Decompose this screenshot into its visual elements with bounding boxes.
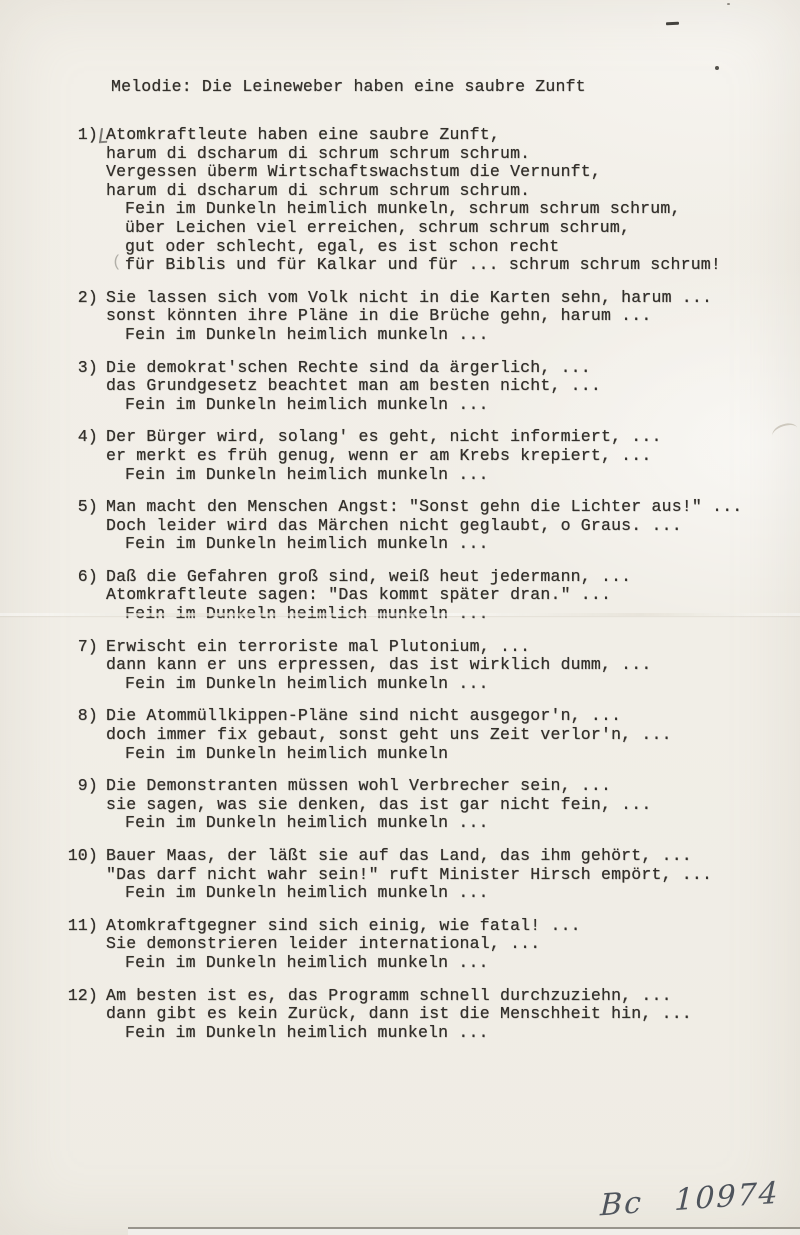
verse-lines: Atomkraftgegner sind sich einig, wie fat…: [106, 917, 742, 973]
refrain-line: Fein im Dunkeln heimlich munkeln ...: [106, 814, 742, 833]
paper-bottom-strip: [128, 1229, 800, 1235]
refrain-line: Fein im Dunkeln heimlich munkeln ...: [106, 884, 742, 903]
verse: 1)Atomkraftleute haben eine saubre Zunft…: [64, 126, 742, 275]
refrain-line: für Biblis und für Kalkar und für ... sc…: [106, 256, 742, 275]
verse-line: Man macht den Menschen Angst: "Sonst geh…: [106, 498, 742, 517]
refrain-line: Fein im Dunkeln heimlich munkeln ...: [106, 1024, 742, 1043]
song-sheet-page: Melodie: Die Leineweber haben eine saubr…: [0, 0, 800, 1235]
verse-line: Atomkraftgegner sind sich einig, wie fat…: [106, 917, 742, 936]
verse-line: dann gibt es kein Zurück, dann ist die M…: [106, 1005, 742, 1024]
ink-dash-mark: [666, 22, 679, 26]
verse-lines: Sie lassen sich vom Volk nicht in die Ka…: [106, 289, 742, 345]
verse-line: Sie demonstrieren leider international, …: [106, 935, 742, 954]
verse-line: er merkt es früh genug, wenn er am Krebs…: [106, 447, 742, 466]
verse: 2)Sie lassen sich vom Volk nicht in die …: [64, 289, 742, 345]
verse-line: Atomkraftleute sagen: "Das kommt später …: [106, 586, 742, 605]
edge-crease-mark: [770, 420, 800, 443]
verse: 4)Der Bürger wird, solang' es geht, nich…: [64, 428, 742, 484]
verse-lines: Erwischt ein terroriste mal Plutonium, .…: [106, 638, 742, 694]
verse-line: Die Demonstranten müssen wohl Verbrecher…: [106, 777, 742, 796]
verse-line: Daß die Gefahren groß sind, weiß heut je…: [106, 568, 742, 587]
handwritten-catalog-number: Bc 10974: [600, 1176, 781, 1224]
verse-number: 12): [64, 987, 98, 1043]
refrain-line: Fein im Dunkeln heimlich munkeln ...: [106, 675, 742, 694]
verse-line: Am besten ist es, das Programm schnell d…: [106, 987, 742, 1006]
refrain-line: Fein im Dunkeln heimlich munkeln, schrum…: [106, 200, 742, 219]
verse-number: 7): [64, 638, 98, 694]
verse-number: 9): [64, 777, 98, 833]
verse: 7)Erwischt ein terroriste mal Plutonium,…: [64, 638, 742, 694]
verse-line: Doch leider wird das Märchen nicht gegla…: [106, 517, 742, 536]
verse: 8)Die Atommüllkippen-Pläne sind nicht au…: [64, 707, 742, 763]
verse: 12)Am besten ist es, das Programm schnel…: [64, 987, 742, 1043]
verse-line: das Grundgesetz beachtet man am besten n…: [106, 377, 742, 396]
verse-line: Sie lassen sich vom Volk nicht in die Ka…: [106, 289, 742, 308]
verse-line: harum di dscharum di schrum schrum schru…: [106, 145, 742, 164]
verse-line: "Das darf nicht wahr sein!" ruft Ministe…: [106, 866, 742, 885]
verse-line: sonst könnten ihre Pläne in die Brüche g…: [106, 307, 742, 326]
verse-lines: Die Atommüllkippen-Pläne sind nicht ausg…: [106, 707, 742, 763]
verse-line: sie sagen, was sie denken, das ist gar n…: [106, 796, 742, 815]
refrain-line: über Leichen viel erreichen, schrum schr…: [106, 219, 742, 238]
verse-number: 11): [64, 917, 98, 973]
verse-number: 3): [64, 359, 98, 415]
verse: 10)Bauer Maas, der läßt sie auf das Land…: [64, 847, 742, 903]
verse-number: 5): [64, 498, 98, 554]
verse-line: Vergessen überm Wirtschaftswachstum die …: [106, 163, 742, 182]
verse-line: dann kann er uns erpressen, das ist wirk…: [106, 656, 742, 675]
verse-lines: Atomkraftleute haben eine saubre Zunft,h…: [106, 126, 742, 275]
verse-lines: Am besten ist es, das Programm schnell d…: [106, 987, 742, 1043]
refrain-line: Fein im Dunkeln heimlich munkeln: [106, 745, 742, 764]
verse: 5)Man macht den Menschen Angst: "Sonst g…: [64, 498, 742, 554]
verse-line: Bauer Maas, der läßt sie auf das Land, d…: [106, 847, 742, 866]
refrain-line: Fein im Dunkeln heimlich munkeln ...: [106, 326, 742, 345]
verse: 11)Atomkraftgegner sind sich einig, wie …: [64, 917, 742, 973]
refrain-line: gut oder schlecht, egal, es ist schon re…: [106, 238, 742, 257]
verse-number: 1): [64, 126, 98, 275]
verse-line: Die demokrat'schen Rechte sind da ärgerl…: [106, 359, 742, 378]
verse-list: 1)Atomkraftleute haben eine saubre Zunft…: [64, 126, 742, 1056]
verse-number: 10): [64, 847, 98, 903]
refrain-line: Fein im Dunkeln heimlich munkeln ...: [106, 396, 742, 415]
verse-lines: Der Bürger wird, solang' es geht, nicht …: [106, 428, 742, 484]
verse-lines: Die demokrat'schen Rechte sind da ärgerl…: [106, 359, 742, 415]
verse-line: Erwischt ein terroriste mal Plutonium, .…: [106, 638, 742, 657]
melody-title: Melodie: Die Leineweber haben eine saubr…: [111, 77, 586, 96]
refrain-line: Fein im Dunkeln heimlich munkeln ...: [106, 535, 742, 554]
refrain-line: Fein im Dunkeln heimlich munkeln ...: [106, 466, 742, 485]
verse-line: Der Bürger wird, solang' es geht, nicht …: [106, 428, 742, 447]
ink-speck-mark: [727, 3, 730, 5]
verse-line: doch immer fix gebaut, sonst geht uns Ze…: [106, 726, 742, 745]
verse-line: harum di dscharum di schrum schrum schru…: [106, 182, 742, 201]
verse-number: 4): [64, 428, 98, 484]
verse: 9)Die Demonstranten müssen wohl Verbrech…: [64, 777, 742, 833]
verse-number: 8): [64, 707, 98, 763]
verse-lines: Man macht den Menschen Angst: "Sonst geh…: [106, 498, 742, 554]
verse-number: 2): [64, 289, 98, 345]
refrain-line: Fein im Dunkeln heimlich munkeln ...: [106, 954, 742, 973]
verse-line: Die Atommüllkippen-Pläne sind nicht ausg…: [106, 707, 742, 726]
fold-crease-line: [0, 613, 800, 616]
pen-paren-mark: (: [112, 253, 122, 271]
verse: 3)Die demokrat'schen Rechte sind da ärge…: [64, 359, 742, 415]
verse-lines: Die Demonstranten müssen wohl Verbrecher…: [106, 777, 742, 833]
verse-lines: Bauer Maas, der läßt sie auf das Land, d…: [106, 847, 742, 903]
verse-line: Atomkraftleute haben eine saubre Zunft,: [106, 126, 742, 145]
ink-dot-mark: [715, 66, 719, 70]
